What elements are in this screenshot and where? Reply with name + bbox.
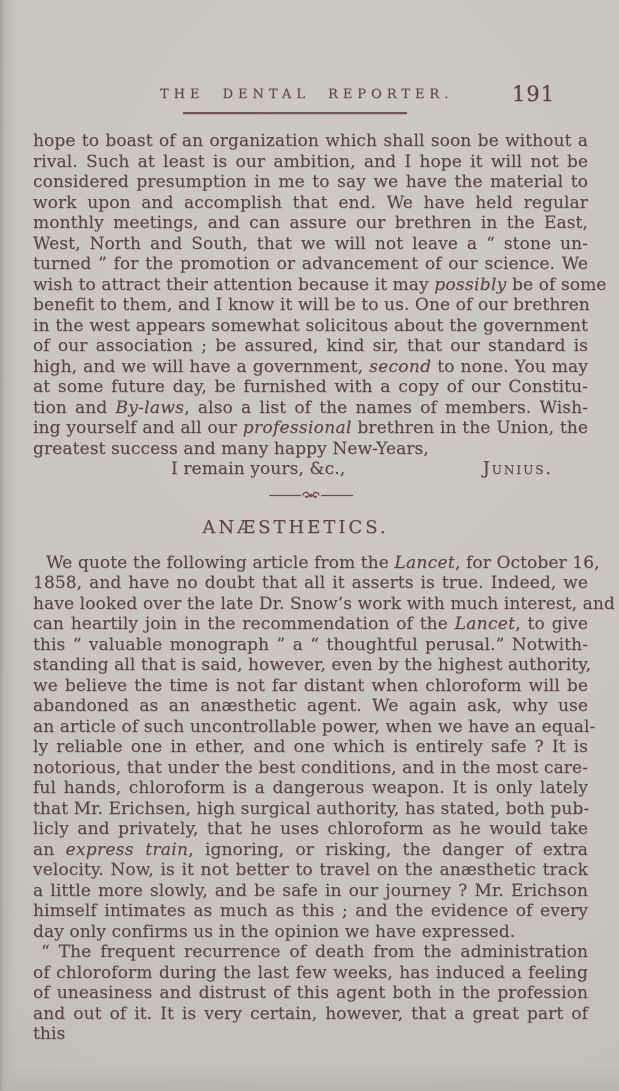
text-line: ing yourself and all our professional br… <box>33 418 588 439</box>
text-line: abandoned as an anæsthetic agent. We aga… <box>33 696 588 717</box>
signature-name: Junius. <box>483 459 553 480</box>
text-line: have looked over the late Dr. Snow’s wor… <box>33 594 588 615</box>
text-line: velocity. Now, is it not better to trave… <box>33 860 588 881</box>
text-line: we believe the time is not far distant w… <box>33 676 588 697</box>
text-line: work upon and accomplish that end. We ha… <box>33 193 588 214</box>
text-line: ly reliable one in ether, and one which … <box>33 737 588 758</box>
spacer <box>33 540 588 553</box>
text-line: wish to attract their attention because … <box>33 275 588 296</box>
signature-row: I remain yours, &c., Junius. <box>33 459 588 480</box>
text-line: day only confirms us in the opinion we h… <box>33 922 588 943</box>
text-line: tion and By-laws, also a list of the nam… <box>33 398 588 419</box>
text-line: West, North and South, that we will not … <box>33 234 588 255</box>
text-line: monthly meetings, and can assure our bre… <box>33 213 588 234</box>
text-line: 1858, and have no doubt that all it asse… <box>33 573 588 594</box>
text-line: We quote the following article from the … <box>33 553 588 574</box>
text-line: and out of it. It is very certain, howev… <box>33 1004 588 1025</box>
text-line: notorious, that under the best condition… <box>33 758 588 779</box>
text-line: an express train, ignoring, or risking, … <box>33 840 588 861</box>
text-line: of our association ; be assured, kind si… <box>33 336 588 357</box>
text-line: licly and privately, that he uses chloro… <box>33 819 588 840</box>
text-line: this “ valuable monograph ” a “ thoughtf… <box>33 635 588 656</box>
text-line: of chloroform during the last few weeks,… <box>33 963 588 984</box>
text-line: benefit to them, and I know it will be t… <box>33 295 588 316</box>
body-text-column: hope to boast of an organization which s… <box>33 131 588 1024</box>
section-divider <box>33 488 588 502</box>
text-line: rival. Such at least is our ambition, an… <box>33 152 588 173</box>
running-head: THE DENTAL REPORTER. 191 <box>0 86 619 120</box>
text-line: hope to boast of an organization which s… <box>33 131 588 152</box>
scroll-ornament-icon <box>269 488 353 508</box>
text-line: himself intimates as much as this ; and … <box>33 901 588 922</box>
text-line: high, and we will have a government, sec… <box>33 357 588 378</box>
text-line: that Mr. Erichsen, high surgical authori… <box>33 799 588 820</box>
article-paragraph-1: We quote the following article from the … <box>33 553 588 943</box>
text-line: standing all that is said, however, even… <box>33 655 588 676</box>
letter-body: hope to boast of an organization which s… <box>33 131 588 459</box>
text-line: “ The frequent recurrence of death from … <box>33 942 588 963</box>
text-line: can heartily join in the recommendation … <box>33 614 588 635</box>
page-header-title: THE DENTAL REPORTER. <box>160 87 430 102</box>
text-line: considered presumption in me to say we h… <box>33 172 588 193</box>
text-line: ful hands, chloroform is a dangerous wea… <box>33 778 588 799</box>
text-line: an article of such uncontrollable power,… <box>33 717 588 738</box>
text-line: greatest success and many happy New-Year… <box>33 439 588 460</box>
header-rule <box>183 112 407 114</box>
text-line: of uneasiness and distrust of this agent… <box>33 983 588 1004</box>
article-heading: ANÆSTHETICS. <box>18 518 573 540</box>
text-line: turned ” for the promotion or advancemen… <box>33 254 588 275</box>
page-number: 191 <box>512 82 555 106</box>
scanned-book-page: THE DENTAL REPORTER. 191 hope to boast o… <box>0 0 619 1091</box>
text-line: in the west appears somewhat solicitous … <box>33 316 588 337</box>
text-line: at some future day, be furnished with a … <box>33 377 588 398</box>
article-paragraph-2: “ The frequent recurrence of death from … <box>33 942 588 1024</box>
signature-closing: I remain yours, &c., <box>171 459 345 480</box>
text-line: a little more slowly, and be safe in our… <box>33 881 588 902</box>
